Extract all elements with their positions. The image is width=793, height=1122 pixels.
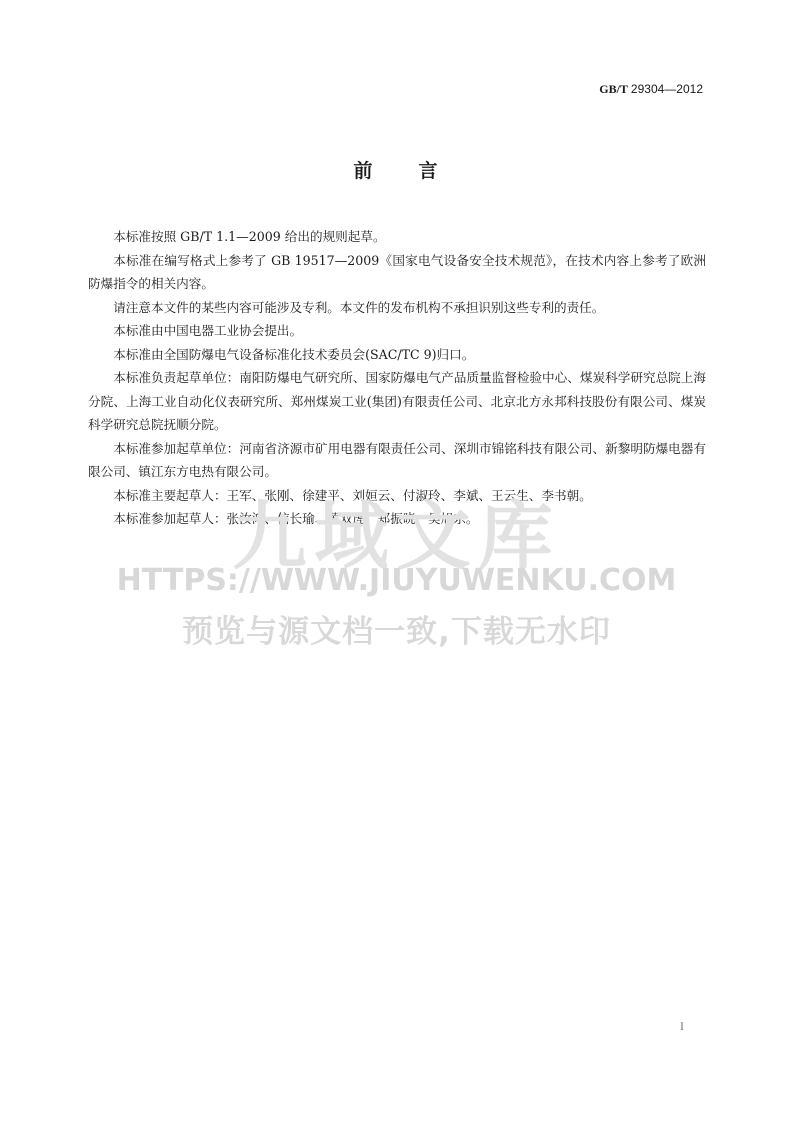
title-char-2: 言 xyxy=(419,156,440,183)
paragraph-patent-notice: 请注意本文件的某些内容可能涉及专利。本文件的发布机构不承担识别这些专利的责任。 xyxy=(88,296,706,320)
standard-number: 29304—2012 xyxy=(631,82,703,96)
paragraph-main-drafters: 本标准主要起草人：王军、张刚、徐建平、刘姮云、付淑玲、李斌、王云生、李书朝。 xyxy=(88,484,706,508)
standard-prefix: GB/T xyxy=(599,82,628,96)
title-char-1: 前 xyxy=(353,156,374,183)
paragraph-drafting-rules: 本标准按照 GB/T 1.1—2009 给出的规则起草。 xyxy=(88,225,706,249)
foreword-body: 本标准按照 GB/T 1.1—2009 给出的规则起草。 本标准在编写格式上参考… xyxy=(88,225,706,531)
page-title: 前言 xyxy=(0,156,793,183)
paragraph-participating-units: 本标准参加起草单位：河南省济源市矿用电器有限责任公司、深圳市锦铭科技有限公司、新… xyxy=(88,437,706,484)
paragraph-proposed-by: 本标准由中国电器工业协会提出。 xyxy=(88,319,706,343)
paragraph-references: 本标准在编写格式上参考了 GB 19517—2009《国家电气设备安全技术规范》… xyxy=(88,249,706,296)
paragraph-participating-drafters: 本标准参加起草人：张汝鸿、信长瑜、黄双虎、郑振晓、吴旭东。 xyxy=(88,507,706,531)
watermark-url: HTTPS://WWW.JIUYUWENKU.COM xyxy=(0,563,793,598)
paragraph-lead-drafters: 本标准负责起草单位：南阳防爆电气研究所、国家防爆电气产品质量监督检验中心、煤炭科… xyxy=(88,366,706,437)
paragraph-centralized-by: 本标准由全国防爆电气设备标准化技术委员会(SAC/TC 9)归口。 xyxy=(88,343,706,367)
page-number: I xyxy=(680,1019,684,1034)
standard-code: GB/T 29304—2012 xyxy=(599,82,703,97)
watermark-slogan: 预览与源文档一致,下载无水印 xyxy=(0,606,793,651)
